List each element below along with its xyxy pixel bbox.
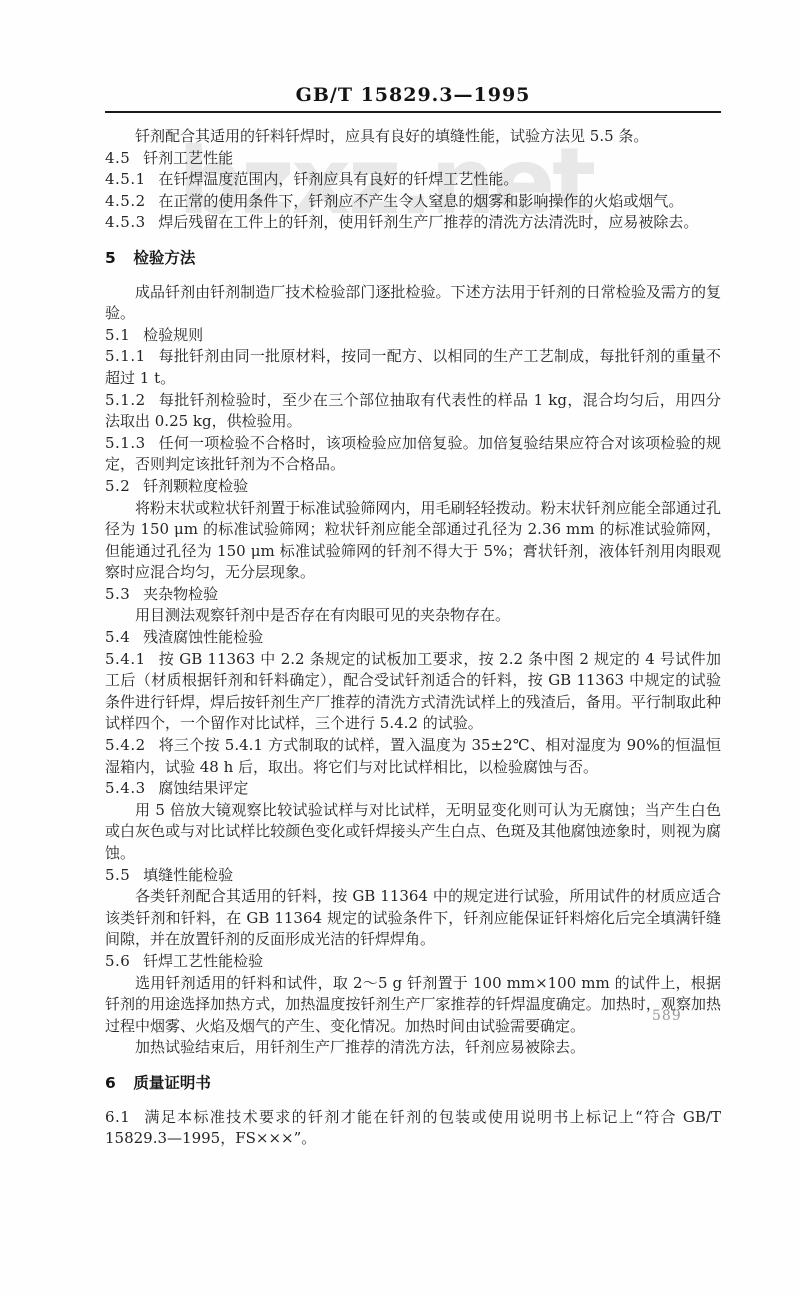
numbered-clause-paragraph: 4.5.3焊后残留在工件上的钎剂，使用钎剂生产厂推荐的清洗方法清洗时，应易被除去… <box>105 212 721 234</box>
body-text: 钎剂配合其适用的钎料钎焊时，应具有良好的填缝性能，试验方法见 5.5 条。4.5… <box>105 126 721 1150</box>
clause-text: 按 GB 11363 中 2.2 条规定的试板加工要求，按 2.2 条中图 2 … <box>105 650 721 733</box>
clause-number: 5.4.1 <box>105 650 146 668</box>
clause-heading: 5.4.3腐蚀结果评定 <box>105 778 721 800</box>
clause-heading: 4.5钎剂工艺性能 <box>105 148 721 170</box>
numbered-clause-paragraph: 4.5.2在正常的使用条件下，钎剂应不产生令人窒息的烟雾和影响操作的火焰或烟气。 <box>105 191 721 213</box>
clause-number: 5.1.2 <box>105 391 146 409</box>
clause-number: 4.5.3 <box>105 213 146 231</box>
clause-text: 填缝性能检验 <box>143 866 233 884</box>
numbered-clause-paragraph: 5.1.3任何一项检验不合格时，该项检验应加倍复验。加倍复验结果应符合对该项检验… <box>105 433 721 476</box>
clause-heading: 5.1检验规则 <box>105 325 721 347</box>
clause-text: 每批钎剂检验时，至少在三个部位抽取有代表性的样品 1 kg，混合均匀后，用四分法… <box>105 391 721 431</box>
header-rule <box>105 111 721 113</box>
clause-text: 在正常的使用条件下，钎剂应不产生令人窒息的烟雾和影响操作的火焰或烟气。 <box>158 192 683 210</box>
clause-number: 5.6 <box>105 952 130 970</box>
clause-number: 4.5.1 <box>105 170 146 188</box>
clause-text: 任何一项检验不合格时，该项检验应加倍复验。加倍复验结果应符合对该项检验的规定，否… <box>105 434 721 474</box>
clause-number: 4.5 <box>105 149 130 167</box>
section-heading: 6质量证明书 <box>105 1073 721 1095</box>
clause-number: 5.5 <box>105 866 130 884</box>
numbered-clause-paragraph: 5.4.1按 GB 11363 中 2.2 条规定的试板加工要求，按 2.2 条… <box>105 649 721 735</box>
body-paragraph: 将粉末状或粒状钎剂置于标准试验筛网内，用毛刷轻轻拨动。粉末状钎剂应能全部通过孔径… <box>105 498 721 584</box>
page-number: 589 <box>652 1008 682 1024</box>
body-paragraph: 成品钎剂由钎剂制造厂技术检验部门逐批检验。下述方法用于钎剂的日常检验及需方的复验… <box>105 282 721 325</box>
clause-text: 质量证明书 <box>133 1074 211 1092</box>
clause-number: 5.2 <box>105 477 130 495</box>
section-heading: 5检验方法 <box>105 248 721 270</box>
clause-text: 在钎焊温度范围内，钎剂应具有良好的钎焊工艺性能。 <box>158 170 518 188</box>
clause-heading: 5.4残渣腐蚀性能检验 <box>105 627 721 649</box>
clause-text: 钎剂颗粒度检验 <box>143 477 248 495</box>
standard-number-header: GB/T 15829.3—1995 <box>105 84 721 106</box>
clause-number: 5.3 <box>105 585 130 603</box>
clause-text: 夹杂物检验 <box>143 585 218 603</box>
clause-number: 5.4 <box>105 628 130 646</box>
body-paragraph: 各类钎剂配合其适用的钎料，按 GB 11364 中的规定进行试验，所用试件的材质… <box>105 886 721 951</box>
clause-text: 钎焊工艺性能检验 <box>143 952 263 970</box>
document-page: bzxz.net GB/T 15829.3—1995 钎剂配合其适用的钎料钎焊时… <box>0 0 800 1296</box>
clause-number: 5.1 <box>105 326 130 344</box>
clause-number: 5.4.2 <box>105 736 146 754</box>
clause-text: 将三个按 5.4.1 方式制取的试样，置入温度为 35±2℃、相对湿度为 90%… <box>105 736 721 776</box>
clause-text: 腐蚀结果评定 <box>158 779 248 797</box>
clause-number: 5.1.3 <box>105 434 146 452</box>
body-paragraph: 用目测法观察钎剂中是否存在有肉眼可见的夹杂物存在。 <box>105 605 721 627</box>
body-paragraph: 钎剂配合其适用的钎料钎焊时，应具有良好的填缝性能，试验方法见 5.5 条。 <box>105 126 721 148</box>
clause-number: 5 <box>105 249 116 267</box>
clause-text: 钎剂工艺性能 <box>143 149 233 167</box>
clause-heading: 5.5填缝性能检验 <box>105 865 721 887</box>
clause-heading: 5.3夹杂物检验 <box>105 584 721 606</box>
clause-text: 焊后残留在工件上的钎剂，使用钎剂生产厂推荐的清洗方法清洗时，应易被除去。 <box>158 213 698 231</box>
body-paragraph: 加热试验结束后，用钎剂生产厂推荐的清洗方法，钎剂应易被除去。 <box>105 1037 721 1059</box>
clause-heading: 5.6钎焊工艺性能检验 <box>105 951 721 973</box>
clause-number: 6.1 <box>105 1108 130 1126</box>
numbered-clause-paragraph: 4.5.1在钎焊温度范围内，钎剂应具有良好的钎焊工艺性能。 <box>105 169 721 191</box>
numbered-clause-paragraph: 5.1.1每批钎剂由同一批原材料，按同一配方、以相同的生产工艺制成，每批钎剂的重… <box>105 346 721 389</box>
body-paragraph: 选用钎剂适用的钎料和试件，取 2～5 g 钎剂置于 100 mm×100 mm … <box>105 973 721 1038</box>
clause-text: 满足本标准技术要求的钎剂才能在钎剂的包装或使用说明书上标记上“符合 GB/T 1… <box>105 1108 721 1148</box>
clause-text: 残渣腐蚀性能检验 <box>143 628 263 646</box>
numbered-clause-paragraph: 5.1.2每批钎剂检验时，至少在三个部位抽取有代表性的样品 1 kg，混合均匀后… <box>105 390 721 433</box>
clause-number: 5.1.1 <box>105 347 146 365</box>
numbered-clause-paragraph: 5.4.2将三个按 5.4.1 方式制取的试样，置入温度为 35±2℃、相对湿度… <box>105 735 721 778</box>
clause-text: 检验规则 <box>143 326 203 344</box>
clause-text: 检验方法 <box>133 249 195 267</box>
numbered-clause-paragraph: 6.1满足本标准技术要求的钎剂才能在钎剂的包装或使用说明书上标记上“符合 GB/… <box>105 1107 721 1150</box>
clause-heading: 5.2钎剂颗粒度检验 <box>105 476 721 498</box>
clause-number: 6 <box>105 1074 116 1092</box>
body-paragraph: 用 5 倍放大镜观察比较试验试样与对比试样，无明显变化则可认为无腐蚀；当产生白色… <box>105 800 721 865</box>
page-content: GB/T 15829.3—1995 钎剂配合其适用的钎料钎焊时，应具有良好的填缝… <box>105 0 721 1150</box>
clause-text: 每批钎剂由同一批原材料，按同一配方、以相同的生产工艺制成，每批钎剂的重量不超过 … <box>105 347 721 387</box>
clause-number: 4.5.2 <box>105 192 146 210</box>
clause-number: 5.4.3 <box>105 779 146 797</box>
